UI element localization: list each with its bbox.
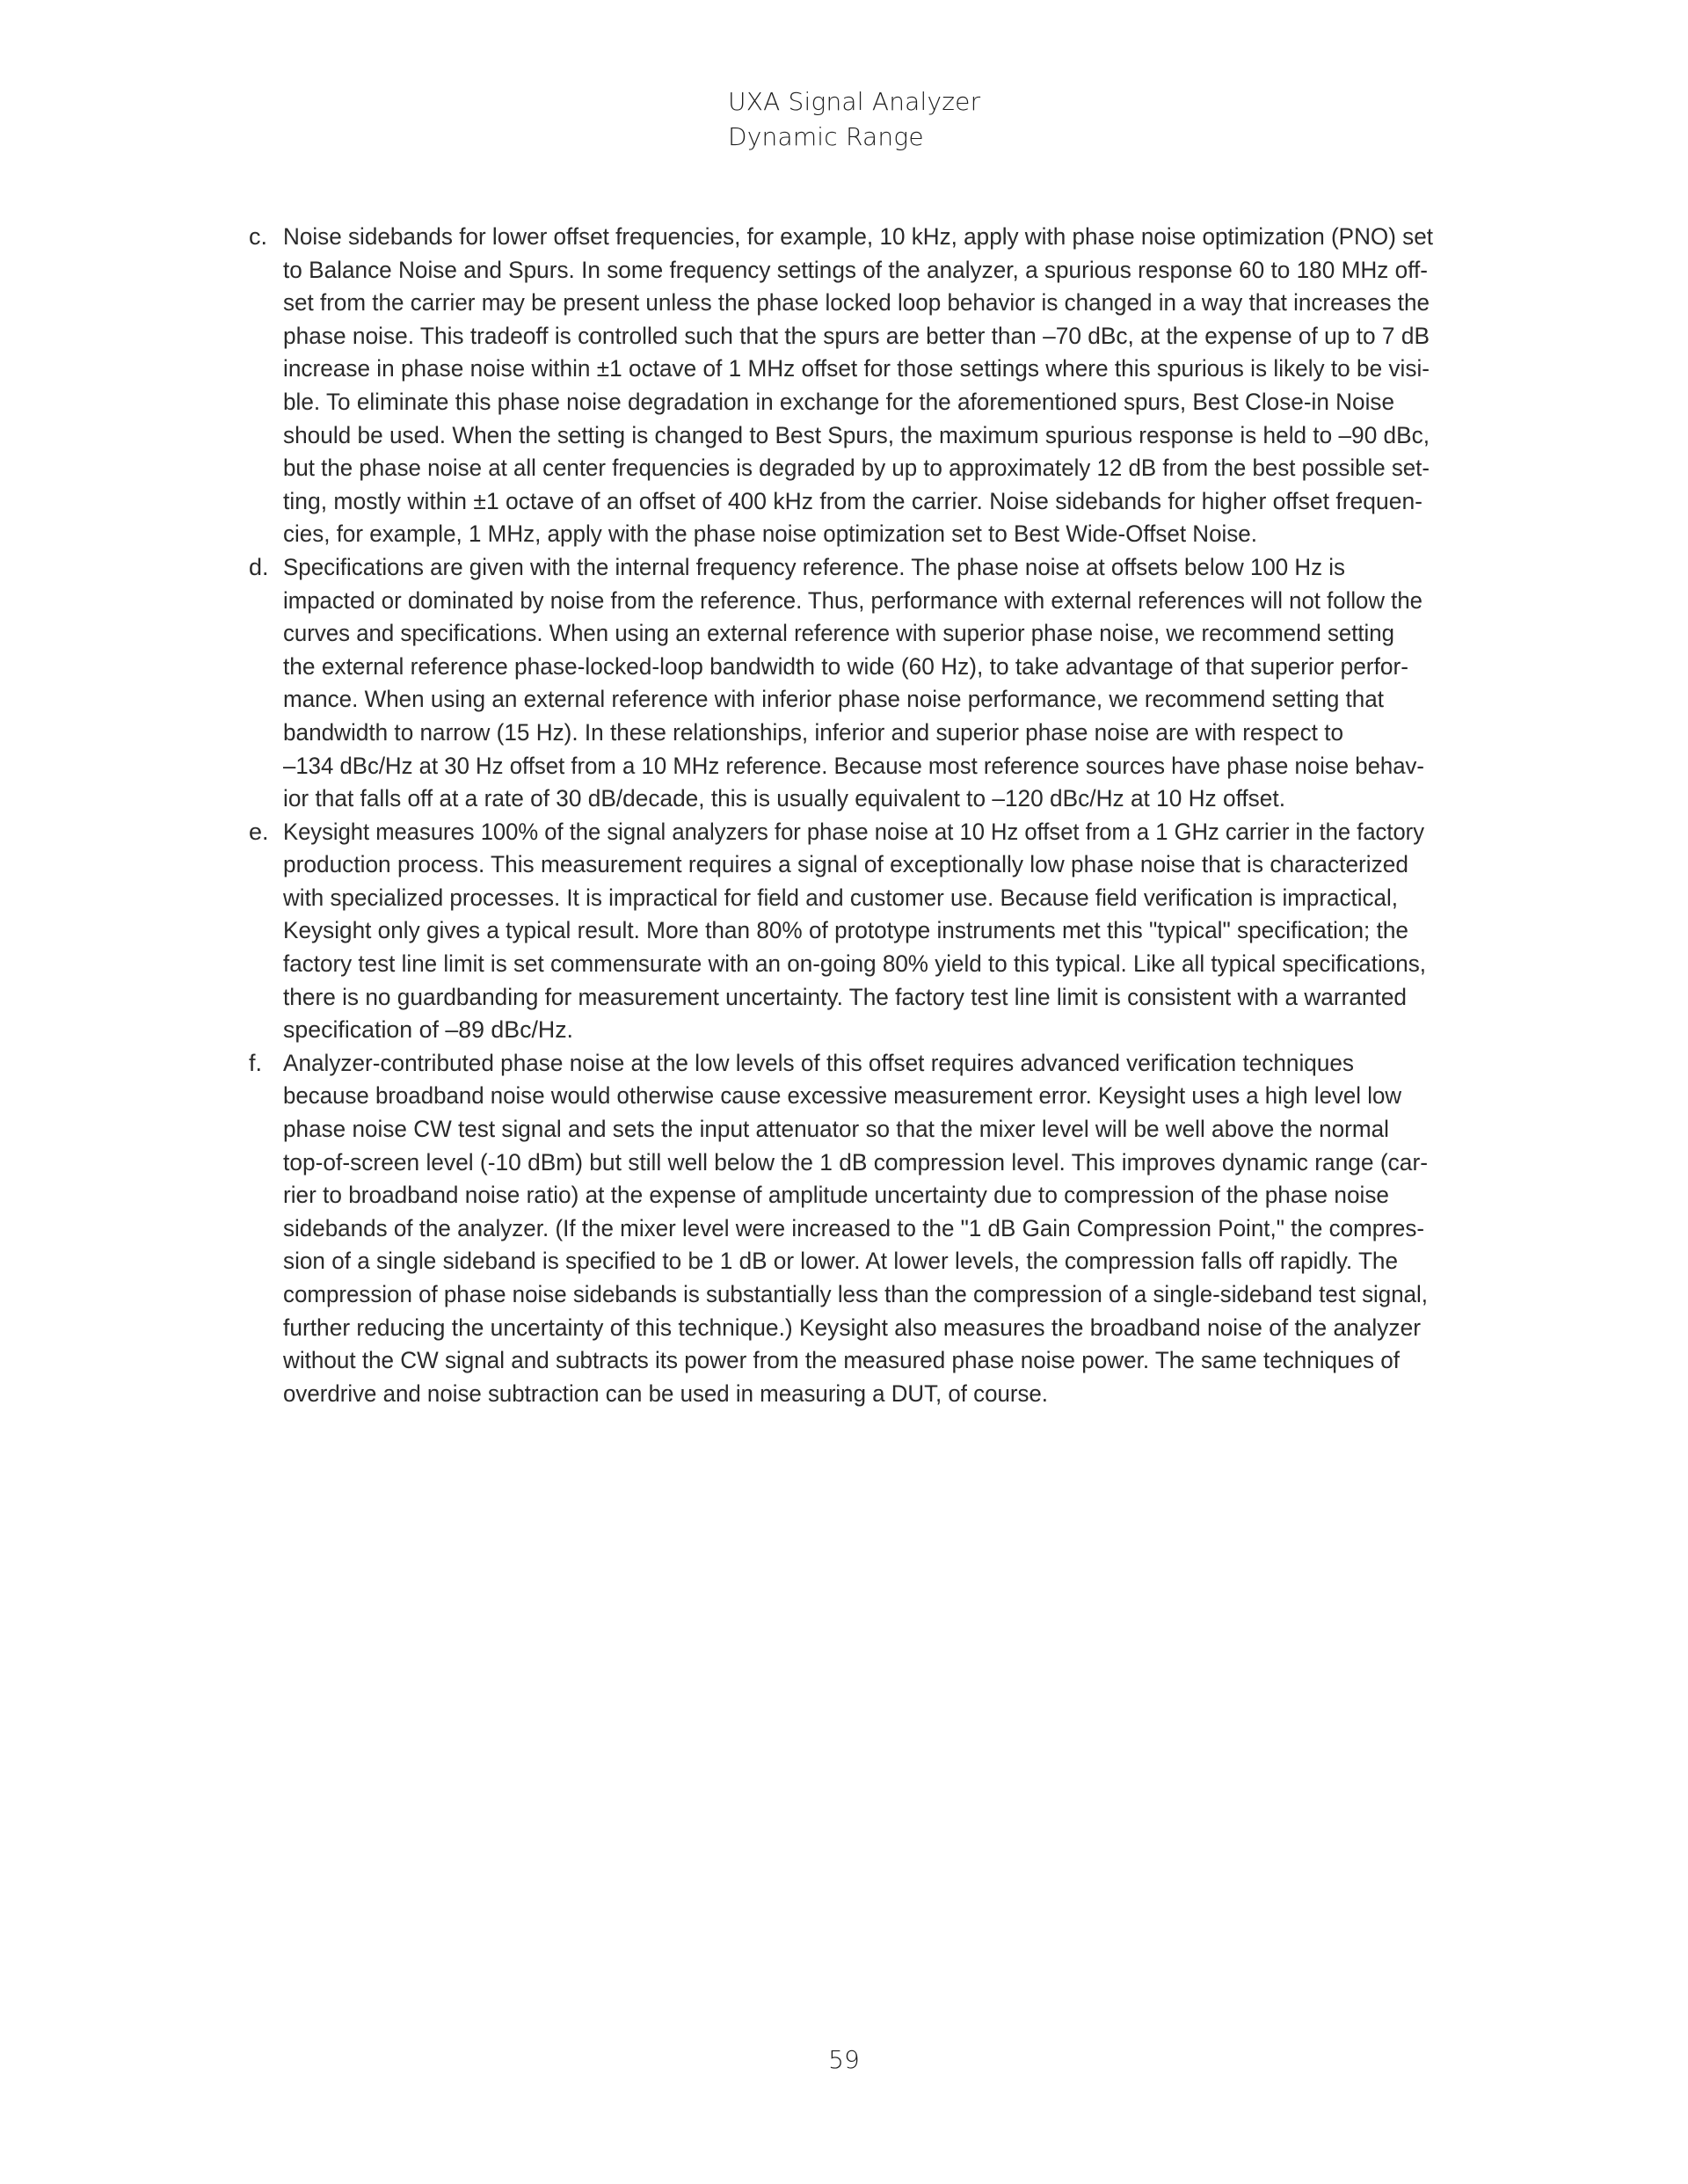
text-line: ble. To eliminate this phase noise degra… bbox=[283, 386, 1394, 419]
text-line: increase in phase noise within ±1 octave… bbox=[283, 353, 1430, 386]
text-line: sion of a single sideband is specified t… bbox=[283, 1245, 1398, 1278]
section-title: Dynamic Range bbox=[728, 120, 980, 155]
text-line: Keysight measures 100% of the signal ana… bbox=[283, 816, 1424, 849]
text-line: set from the carrier may be present unle… bbox=[283, 287, 1430, 320]
text-line: further reducing the uncertainty of this… bbox=[283, 1312, 1421, 1345]
text-line: sidebands of the analyzer. (If the mixer… bbox=[283, 1212, 1424, 1246]
text-line: –134 dBc/Hz at 30 Hz offset from a 10 MH… bbox=[283, 750, 1424, 783]
footnotes-list: c. Noise sidebands for lower offset freq… bbox=[249, 221, 1480, 1410]
footnote-marker: c. bbox=[249, 221, 280, 254]
text-line: overdrive and noise subtraction can be u… bbox=[283, 1378, 1048, 1411]
footnote-marker: e. bbox=[249, 816, 280, 849]
text-line: Noise sidebands for lower offset frequen… bbox=[283, 221, 1433, 254]
footnote-marker: f. bbox=[249, 1047, 280, 1081]
page-number: 59 bbox=[0, 2045, 1688, 2074]
document-title: UXA Signal Analyzer bbox=[728, 84, 980, 120]
text-line: Keysight only gives a typical result. Mo… bbox=[283, 914, 1408, 948]
text-line: specification of –89 dBc/Hz. bbox=[283, 1014, 573, 1047]
footnote-e: e. Keysight measures 100% of the signal … bbox=[249, 816, 1480, 1047]
text-line: production process. This measurement req… bbox=[283, 848, 1408, 882]
text-line: should be used. When the setting is chan… bbox=[283, 419, 1430, 453]
footnote-marker: d. bbox=[249, 551, 280, 585]
text-line: Specifications are given with the intern… bbox=[283, 551, 1345, 585]
text-line: factory test line limit is set commensur… bbox=[283, 948, 1426, 981]
text-line: top-of-screen level (-10 dBm) but still … bbox=[283, 1147, 1428, 1180]
text-line: bandwidth to narrow (15 Hz). In these re… bbox=[283, 717, 1343, 750]
running-header: UXA Signal Analyzer Dynamic Range bbox=[728, 84, 980, 155]
text-line: with specialized processes. It is imprac… bbox=[283, 882, 1398, 915]
text-line: impacted or dominated by noise from the … bbox=[283, 585, 1422, 618]
footnote-f: f. Analyzer-contributed phase noise at t… bbox=[249, 1047, 1480, 1411]
text-line: compression of phase noise sidebands is … bbox=[283, 1278, 1428, 1312]
text-line: rier to broadband noise ratio) at the ex… bbox=[283, 1179, 1389, 1212]
footnote-c: c. Noise sidebands for lower offset freq… bbox=[249, 221, 1480, 551]
text-line: phase noise CW test signal and sets the … bbox=[283, 1113, 1389, 1147]
text-line: mance. When using an external reference … bbox=[283, 683, 1384, 717]
text-line: phase noise. This tradeoff is controlled… bbox=[283, 320, 1430, 353]
text-line: to Balance Noise and Spurs. In some freq… bbox=[283, 254, 1428, 288]
text-line: because broadband noise would otherwise … bbox=[283, 1080, 1401, 1113]
text-line: without the CW signal and subtracts its … bbox=[283, 1344, 1400, 1378]
text-line: ior that falls off at a rate of 30 dB/de… bbox=[283, 783, 1285, 816]
text-line: ting, mostly within ±1 octave of an offs… bbox=[283, 485, 1422, 519]
text-line: Analyzer-contributed phase noise at the … bbox=[283, 1047, 1354, 1081]
text-line: curves and specifications. When using an… bbox=[283, 617, 1394, 651]
text-line: cies, for example, 1 MHz, apply with the… bbox=[283, 518, 1257, 551]
text-line: there is no guardbanding for measurement… bbox=[283, 981, 1407, 1015]
text-line: but the phase noise at all center freque… bbox=[283, 452, 1430, 485]
footnote-d: d. Specifications are given with the int… bbox=[249, 551, 1480, 816]
text-line: the external reference phase-locked-loop… bbox=[283, 651, 1408, 684]
